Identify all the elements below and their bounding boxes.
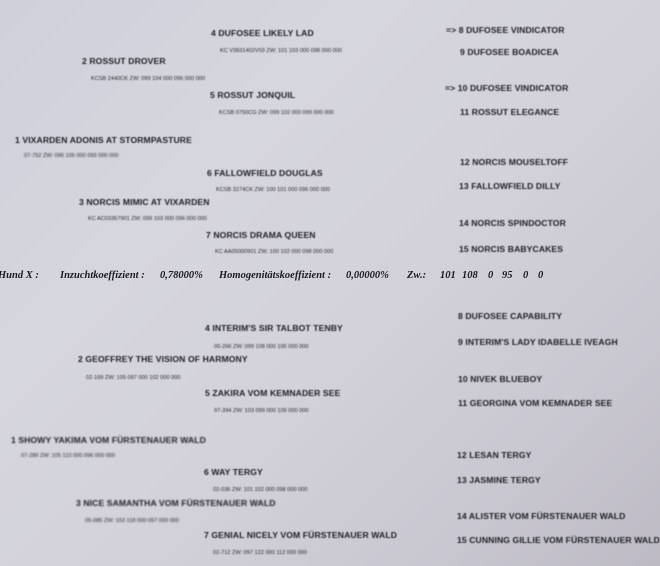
- dog-2-name: 2 ROSSUT DROVER: [82, 56, 166, 66]
- dog-9-name: 9 DUFOSEE BOADICEA: [460, 47, 559, 57]
- dog-6-name: 6 WAY TERGY: [204, 467, 263, 477]
- dog-7-name: 7 GENIAL NICELY VOM FÜRSTENAUER WALD: [204, 530, 397, 540]
- dog-6-reg: KCSB 3274CK ZW: 100 101 000 096 000 000: [216, 187, 330, 193]
- inbreeding-label: Inzuchtkoeffizient :: [60, 270, 145, 281]
- zw-value-5: 0: [523, 270, 528, 281]
- homogeneity-value: 0,00000%: [346, 270, 389, 281]
- dog-13-name: 13 JASMINE TERGY: [457, 475, 541, 485]
- dog-1-reg: 07-289 ZW: 105 110 000 096 000 000: [21, 453, 115, 459]
- dog-3-name: 3 NORCIS MIMIC AT VIXARDEN: [79, 197, 210, 207]
- dog-10-name: => 10 DUFOSEE VINDICATOR: [445, 83, 568, 93]
- dog-1-name: 1 SHOWY YAKIMA VOM FÜRSTENAUER WALD: [11, 435, 206, 445]
- dog-15-name: 15 CUNNING GILLIE VOM FÜRSTENAUER WALD: [457, 535, 660, 545]
- homogeneity-label: Homogenitätskoeffizient :: [219, 270, 331, 281]
- dog-11-name: 11 GEORGINA VOM KEMNADER SEE: [458, 398, 612, 408]
- zw-value-6: 0: [538, 270, 543, 281]
- dog-4-reg: 00-266 ZW: 099 108 000 100 000 000: [214, 344, 308, 350]
- dog-15-name: 15 NORCIS BABYCAKES: [459, 244, 563, 254]
- dog-5-name: 5 ROSSUT JONQUIL: [210, 90, 295, 100]
- dog-6-reg: 02-036 ZW: 101 102 000 098 000 000: [213, 487, 307, 493]
- dog-3-reg: 05-085 ZW: 103 118 000 097 000 000: [85, 518, 179, 524]
- dog-13-name: 13 FALLOWFIELD DILLY: [459, 181, 560, 191]
- pedigree-document: 4 DUFOSEE LIKELY LAD KC V3831402V03 ZW: …: [0, 0, 660, 566]
- dog-7-name: 7 NORCIS DRAMA QUEEN: [206, 230, 316, 240]
- dog-5-name: 5 ZAKIRA VOM KEMNADER SEE: [205, 388, 340, 398]
- dog-1-name: 1 VIXARDEN ADONIS AT STORMPASTURE: [15, 135, 192, 145]
- dog-12-name: 12 LESAN TERGY: [457, 450, 531, 460]
- summary-label: Hund X :: [0, 270, 39, 281]
- dog-7-reg: KC AA05000901 ZW: 100 102 000 098 000 00…: [215, 249, 333, 255]
- dog-14-name: 14 NORCIS SPINDOCTOR: [459, 218, 566, 228]
- dog-6-name: 6 FALLOWFIELD DOUGLAS: [207, 168, 323, 178]
- dog-9-name: 9 INTERIM'S LADY IDABELLE IVEAGH: [458, 337, 618, 347]
- dog-3-name: 3 NICE SAMANTHA VOM FÜRSTENAUER WALD: [76, 498, 276, 508]
- dog-7-reg: 02-712 ZW: 097 122 000 112 000 000: [213, 550, 307, 556]
- zw-value-3: 0: [488, 270, 493, 281]
- dog-2-reg: 02-169 ZW: 105 097 000 102 000 000: [86, 375, 180, 381]
- dog-8-name: 8 DUFOSEE CAPABILITY: [458, 311, 562, 321]
- zw-value-2: 108: [462, 270, 478, 281]
- dog-8-name: => 8 DUFOSEE VINDICATOR: [446, 25, 565, 35]
- dog-5-reg: 97-394 ZW: 103 099 000 109 000 000: [214, 408, 308, 414]
- inbreeding-value: 0,78000%: [160, 270, 203, 281]
- dog-14-name: 14 ALISTER VOM FÜRSTENAUER WALD: [457, 511, 625, 521]
- dog-10-name: 10 NIVEK BLUEBOY: [458, 374, 542, 384]
- dog-11-name: 11 ROSSUT ELEGANCE: [460, 107, 559, 117]
- inbreeding-summary: Hund X : Inzuchtkoeffizient : 0,78000% H…: [0, 270, 660, 286]
- dog-1-reg: 07-752 ZW: 096 106 000 093 000 000: [24, 153, 118, 159]
- dog-4-name: 4 DUFOSEE LIKELY LAD: [211, 28, 314, 38]
- dog-2-reg: KCSB 2440CK ZW: 099 104 000 096 000 000: [91, 76, 205, 82]
- zw-value-1: 101: [440, 270, 456, 281]
- dog-4-reg: KC V3831402V03 ZW: 101 103 000 098 000 0…: [220, 48, 342, 54]
- dog-12-name: 12 NORCIS MOUSELTOFF: [460, 157, 568, 167]
- dog-5-reg: KCSB 0750CG ZW: 099 102 000 099 000 000: [219, 110, 334, 116]
- zw-label: Zw.:: [407, 270, 426, 281]
- dog-3-reg: KC AC03367901 ZW: 099 103 000 096 000 00…: [88, 216, 207, 222]
- dog-2-name: 2 GEOFFREY THE VISION OF HARMONY: [78, 354, 248, 364]
- dog-4-name: 4 INTERIM'S SIR TALBOT TENBY: [205, 323, 343, 333]
- zw-value-4: 95: [502, 270, 513, 281]
